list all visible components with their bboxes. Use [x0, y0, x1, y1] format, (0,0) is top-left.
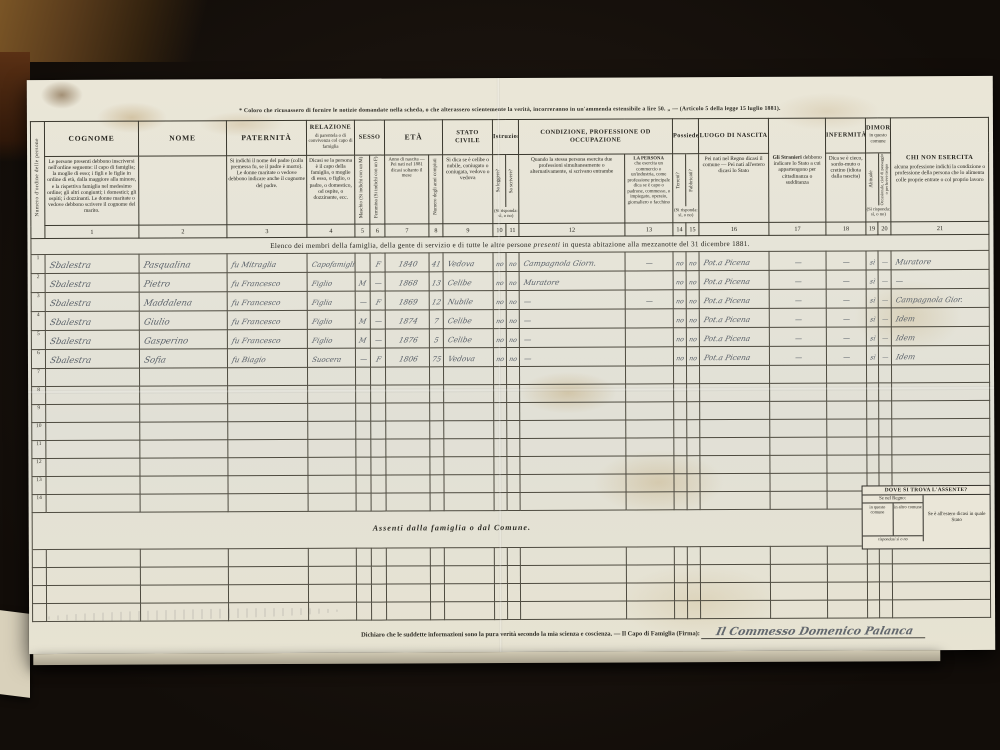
empty-cell	[827, 365, 867, 383]
empty-cell	[444, 475, 494, 493]
la-persona-text: LA PERSONAche esercita un commercio o un…	[625, 154, 672, 207]
row-index-column-header: Numero d'ordine delle persone	[30, 122, 45, 239]
hw-terreni: no	[675, 280, 684, 287]
empty-cell	[674, 420, 687, 438]
empty-cell	[827, 401, 867, 419]
cell-maschio: —	[355, 291, 370, 310]
empty-cell	[892, 581, 990, 599]
cell-row-number: 3	[31, 293, 45, 312]
cell-straniero: —	[769, 251, 826, 270]
hw-persona: —	[644, 260, 655, 268]
hw-professione: —	[519, 355, 534, 363]
empty-cell	[507, 420, 520, 438]
cell-dimora-occasionale: —	[878, 308, 891, 327]
empty-cell	[494, 367, 507, 385]
col-num-6: 6	[370, 224, 385, 237]
cell-row-number: 10	[32, 423, 46, 441]
abituale-label: Abituale	[869, 171, 875, 188]
hw-scrive: no	[508, 319, 517, 326]
cell-chi-non-esercita: —	[891, 269, 989, 288]
empty-cell	[356, 385, 371, 403]
empty-cell	[520, 547, 626, 565]
empty-cell	[494, 493, 507, 511]
empty-cell	[228, 367, 308, 385]
empty-cell	[430, 367, 444, 385]
cell-la-persona	[625, 347, 673, 366]
hw-professione: —	[519, 336, 534, 344]
hw-maschio: M	[357, 281, 368, 289]
hw-infermita: —	[841, 336, 852, 344]
hw-scrive: no	[508, 262, 517, 269]
col-num-14: 14	[673, 223, 686, 236]
empty-cell	[372, 602, 387, 620]
in-altro-comune-label: in altro comune	[892, 503, 923, 535]
empty-cell	[520, 366, 626, 384]
cell-paternita: fu Mitraglia	[227, 253, 307, 272]
cell-sa-leggere: no	[493, 348, 506, 367]
infermita-desc-cell: Dica se è cieco, sordo-muto o cretino (i…	[826, 153, 866, 222]
empty-cell	[507, 384, 520, 402]
empty-cell	[356, 548, 371, 566]
hw-terreni: no	[675, 261, 684, 268]
col-nome-header: NOME	[138, 121, 226, 156]
census-sheet: * Coloro che ricusassero di fornire le n…	[27, 76, 995, 654]
empty-cell	[674, 402, 687, 420]
empty-cell	[770, 365, 827, 383]
empty-cell	[867, 383, 879, 401]
empty-cell	[228, 403, 308, 421]
empty-cell	[494, 385, 507, 403]
hw-relazione: Figlio	[307, 281, 335, 289]
cell-relazione: Figlio	[307, 310, 355, 329]
cell-relazione: Suocera	[307, 348, 355, 367]
empty-cell	[520, 420, 626, 438]
cell-chi-non-esercita: Idem	[891, 307, 989, 326]
condizione-label: CONDIZIONE, PROFESSIONE OD OCCUPAZIONE	[519, 128, 672, 144]
declaration-line: Dichiaro che le suddette informazioni so…	[361, 625, 983, 641]
cell-professione: —	[519, 328, 625, 347]
cell-chi-non-esercita: Campagnola Gior.	[891, 288, 989, 307]
col-cognome-header: COGNOME	[44, 121, 138, 156]
empty-cell	[868, 600, 880, 618]
empty-cell	[140, 386, 228, 404]
empty-cell	[308, 367, 356, 385]
la-persona-rest: che esercita un commercio o un'industria…	[627, 162, 670, 205]
cell-maschio: M	[355, 310, 370, 329]
col-luogo-nascita-header: LUOGO DI NASCITA	[698, 118, 768, 153]
empty-cell	[46, 368, 140, 386]
hw-maschio: —	[358, 357, 369, 365]
cell-luogo-nascita: Pot.a Picena	[699, 308, 769, 327]
hw-legge: no	[495, 338, 504, 345]
cell-sa-scrivere: no	[506, 271, 519, 290]
hw-nascita: Pot.a Picena	[699, 354, 753, 363]
empty-cell	[46, 458, 140, 476]
empty-cell	[140, 494, 228, 512]
empty-cell	[770, 473, 827, 491]
cell-relazione: Capofamiglia	[307, 253, 355, 272]
chi-non-esercita-desc: alcuna professione indichi la condizione…	[891, 162, 988, 185]
cell-row-number: 7	[32, 369, 46, 387]
empty-cell	[687, 583, 700, 601]
hw-occasionale: —	[881, 336, 889, 343]
col-paternita-header: PATERNITÀ	[226, 120, 306, 155]
empty-cell	[47, 603, 141, 621]
relazione-desc: Dicasi se la persona è il capo della fam…	[307, 156, 354, 203]
cell-chi-non-esercita: Idem	[891, 326, 989, 345]
empty-cell	[430, 493, 444, 511]
empty-cell	[444, 548, 494, 566]
empty-cell	[520, 456, 626, 474]
cell-row-number: 12	[32, 459, 46, 477]
empty-cell	[228, 385, 308, 403]
empty-cell	[827, 383, 867, 401]
sa-scrivere-label: Sa scrivere?	[509, 169, 515, 193]
empty-cell	[494, 584, 507, 602]
hw-straniero: —	[792, 298, 803, 306]
hw-occasionale: —	[881, 355, 889, 362]
empty-cell	[494, 566, 507, 584]
empty-cell	[140, 476, 228, 494]
empty-cell	[867, 564, 879, 582]
hw-fabbricati: no	[688, 356, 697, 363]
dimora-sublabel: in questo comune	[866, 132, 890, 147]
hw-legge: no	[495, 262, 504, 269]
hw-chi: —	[891, 277, 906, 285]
empty-cell	[386, 457, 430, 475]
col-istruzione-header: Istruzione	[492, 119, 518, 154]
hw-nascita: Pot.a Picena	[699, 316, 753, 325]
wood-table-surface	[0, 0, 230, 62]
cognome-desc-cell: Le persone presenti debbono inscriversi …	[45, 156, 139, 225]
cell-nome: Sofia	[139, 349, 227, 368]
empty-cell	[770, 437, 827, 455]
empty-cell	[444, 367, 494, 385]
anno-nascita-cell: Anno di nascita — Pei nati nel 1881 dica…	[385, 155, 429, 224]
cell-straniero: —	[769, 308, 826, 327]
cell-terreni: no	[673, 309, 686, 328]
empty-cell	[700, 582, 770, 600]
hw-straniero: —	[793, 355, 804, 363]
empty-cell	[626, 565, 674, 583]
hw-persona	[648, 321, 650, 322]
empty-cell	[308, 439, 356, 457]
anni-compiuti-label: Numero degli anni compiuti	[433, 159, 439, 216]
empty-cell	[700, 383, 770, 401]
empty-cell	[770, 546, 827, 564]
empty-cell	[46, 494, 140, 512]
empty-cell	[507, 402, 520, 420]
sa-leggere-label: Sa leggere?	[496, 169, 502, 192]
cell-dimora-occasionale: —	[878, 270, 891, 289]
anni-compiuti-cell: Numero degli anni compiuti	[429, 155, 443, 224]
cell-anno-nascita: 1876	[385, 329, 429, 348]
empty-cell	[770, 401, 827, 419]
hw-paternita: fu Biagio	[227, 356, 268, 365]
cell-anni: 13	[429, 272, 443, 291]
empty-cell	[356, 566, 371, 584]
empty-cell	[444, 457, 494, 475]
cell-la-persona	[625, 309, 673, 328]
hw-stato: Nubile	[443, 298, 476, 307]
empty-cell	[371, 548, 386, 566]
empty-cell	[430, 475, 444, 493]
hw-anni: 75	[430, 356, 443, 364]
empty-cell	[495, 602, 508, 620]
col-eta-header: ETÀ	[384, 120, 442, 155]
empty-cell	[879, 419, 892, 437]
empty-cell	[626, 456, 674, 474]
hw-cognome: Sbalestra	[45, 357, 94, 367]
hw-abituale: sì	[869, 355, 876, 362]
cell-sa-scrivere: no	[506, 309, 519, 328]
empty-cell	[46, 422, 140, 440]
empty-cell	[356, 584, 371, 602]
cell-infermita: —	[826, 270, 866, 289]
condizione12-desc-cell: Quando la stessa persona esercita due pr…	[519, 154, 625, 223]
col-num-15: 15	[686, 223, 699, 236]
col-num-5: 5	[355, 224, 370, 237]
hw-professione: Campagnola Giorn.	[519, 260, 599, 269]
cell-row-number	[32, 586, 46, 604]
cell-sa-leggere: no	[493, 291, 506, 310]
empty-cell	[356, 493, 371, 511]
empty-cell	[867, 401, 879, 419]
empty-cell	[892, 563, 990, 581]
hw-nome: Pietro	[139, 280, 173, 290]
cell-terreni: no	[673, 271, 686, 290]
hw-infermita: —	[841, 279, 852, 287]
empty-cell	[444, 385, 494, 403]
head-of-family-signature: Il Commesso Domenico Palanca	[711, 625, 917, 638]
empty-cell	[771, 600, 828, 618]
empty-cell	[827, 419, 867, 437]
empty-cell	[892, 454, 990, 472]
istruzione-sub-cell: Sa leggere?Sa scrivere?(Si risponda: sì,…	[493, 154, 519, 223]
hw-nascita: Pot.a Picena	[699, 278, 753, 287]
cell-stato-civile: Nubile	[443, 291, 493, 310]
empty-cell	[687, 402, 700, 420]
dove-box-regno-section: Se nel Regno: in questo comune in altro …	[863, 495, 924, 541]
empty-cell	[674, 492, 687, 510]
hw-relazione: Figlio	[307, 338, 335, 346]
hw-anni: 13	[430, 280, 443, 288]
empty-cell	[674, 384, 687, 402]
empty-cell	[879, 365, 892, 383]
empty-cell	[141, 603, 229, 621]
cell-professione: Campagnola Giorn.	[519, 252, 625, 271]
hw-nome: Gasperino	[139, 337, 191, 347]
fabbricati-label: Fabbricati?	[689, 169, 695, 192]
istruzione-caption: (Si risponda: sì, o no)	[493, 207, 518, 218]
cell-femmina: F	[370, 348, 385, 367]
hw-paternita: fu Francesco	[227, 280, 283, 289]
empty-cell	[700, 401, 770, 419]
empty-cell	[430, 584, 444, 602]
empty-cell	[626, 547, 674, 565]
femmina-label: Femmina (Si indichi con un F)	[374, 156, 380, 218]
cell-infermita: —	[826, 251, 866, 270]
empty-cell	[308, 548, 356, 566]
empty-cell	[879, 455, 892, 473]
rispondasi-caption: rispondasi sì o no	[863, 535, 923, 541]
cell-row-number: 5	[31, 331, 45, 350]
empty-cell	[626, 492, 674, 510]
empty-cell	[140, 404, 228, 422]
cell-anni: 7	[429, 310, 443, 329]
empty-cell	[228, 548, 308, 566]
empty-cell	[687, 565, 700, 583]
empty-cell	[430, 385, 444, 403]
hw-fabbricati: no	[688, 261, 697, 268]
hw-chi: Idem	[891, 315, 918, 324]
hw-abituale: sì	[869, 298, 876, 305]
hw-fabbricati: no	[688, 299, 697, 306]
empty-cell	[700, 473, 770, 491]
hw-paternita: fu Francesco	[227, 318, 283, 327]
cell-professione: —	[519, 347, 625, 366]
cell-anni: 5	[429, 329, 443, 348]
hw-chi: Muratore	[891, 258, 934, 267]
dimora-label: DIMORA	[866, 124, 890, 132]
cell-row-number: 1	[31, 255, 45, 274]
empty-cell	[867, 582, 879, 600]
empty-cell	[228, 475, 308, 493]
hw-cognome: Sbalestra	[45, 281, 94, 291]
hw-infermita: —	[841, 298, 852, 306]
empty-cell	[140, 422, 228, 440]
empty-cell	[140, 549, 228, 567]
empty-cell	[309, 602, 357, 620]
cognome-label: COGNOME	[45, 134, 138, 144]
hw-maschio: —	[357, 300, 368, 308]
empty-cell	[687, 438, 700, 456]
cell-anni: 41	[429, 253, 443, 272]
col-relazione-header: RELAZIONEdi parentela o di convivenza co…	[306, 120, 354, 155]
dimora-sub-cell: AbitualeOccasionale, cioè di passaggio o…	[866, 153, 891, 222]
hw-chi: Campagnola Gior.	[891, 296, 966, 305]
cell-luogo-nascita: Pot.a Picena	[699, 327, 769, 346]
empty-cell	[430, 403, 444, 421]
sesso-maschio-cell: Maschio (Si indichi con un M)	[355, 155, 370, 224]
cell-anno-nascita: 1868	[385, 272, 429, 291]
infermita-desc: Dica se è cieco, sordo-muto o cretino (i…	[826, 153, 865, 182]
cell-fabbricati: no	[686, 347, 699, 366]
col-num-9: 9	[443, 224, 493, 237]
hw-fabbricati: no	[688, 337, 697, 344]
cell-sa-leggere: no	[493, 253, 506, 272]
cell-luogo-nascita: Pot.a Picena	[699, 346, 769, 365]
cell-paternita: fu Francesco	[227, 291, 307, 310]
hw-nascita: Pot.a Picena	[699, 259, 753, 268]
cell-fabbricati: no	[686, 271, 699, 290]
empty-cell	[674, 565, 687, 583]
empty-cell	[444, 439, 494, 457]
cell-dimora-occasionale: —	[878, 346, 891, 365]
empty-cell	[880, 600, 893, 618]
condizione12-desc: Quando la stessa persona esercita due pr…	[519, 155, 624, 178]
empty-cell	[494, 421, 507, 439]
empty-cell	[867, 455, 879, 473]
col-num-3: 3	[227, 224, 307, 237]
empty-cell	[507, 565, 520, 583]
cell-straniero: —	[769, 289, 826, 308]
empty-cell	[371, 566, 386, 584]
empty-cell	[626, 474, 674, 492]
possiede-sub-cell: Terreni?Fabbricati?(Si risponda: sì, o n…	[673, 154, 699, 223]
empty-cell	[828, 600, 868, 618]
empty-cell	[770, 582, 827, 600]
empty-cell	[308, 421, 356, 439]
cell-stato-civile: Celibe	[443, 329, 493, 348]
relazione-label: RELAZIONE	[307, 124, 354, 132]
hw-anni: 7	[432, 318, 440, 326]
hw-paternita: fu Francesco	[227, 337, 283, 346]
hw-cognome: Sbalestra	[45, 319, 94, 329]
empty-cell	[508, 601, 521, 619]
empty-cell	[674, 366, 687, 384]
cell-stato-civile: Celibe	[443, 272, 493, 291]
empty-cell	[521, 583, 627, 601]
cell-terreni: no	[673, 290, 686, 309]
se-estero-label: Se è all'estero dicasi in quale Stato	[924, 495, 990, 541]
cell-straniero: —	[769, 270, 826, 289]
hw-maschio	[361, 266, 363, 267]
hw-persona	[648, 283, 650, 284]
empty-cell	[444, 566, 494, 584]
hw-anno: 1869	[394, 298, 421, 307]
empty-cell	[228, 584, 308, 602]
cell-la-persona	[625, 328, 673, 347]
cell-la-persona: —	[625, 290, 673, 309]
empty-cell	[507, 366, 520, 384]
hw-fabbricati: no	[688, 280, 697, 287]
col-num-16: 16	[699, 222, 769, 235]
col-num-8: 8	[429, 224, 443, 237]
cell-anno-nascita: 1874	[385, 310, 429, 329]
hw-abituale: sì	[869, 336, 876, 343]
cell-anno-nascita: 1840	[385, 253, 429, 272]
cell-relazione: Figlio	[307, 272, 355, 291]
stato-civile-desc: Si dica se è celibe o nubile, coniugato …	[443, 155, 492, 184]
empty-cell	[507, 547, 520, 565]
cell-femmina: —	[370, 329, 385, 348]
empty-cell	[386, 385, 430, 403]
empty-cell	[371, 421, 386, 439]
empty-cell	[46, 585, 140, 603]
maschio-label: Maschio (Si indichi con un M)	[359, 156, 365, 218]
cell-terreni: no	[673, 252, 686, 271]
cell-cognome: Sbalestra	[45, 292, 139, 311]
empty-cell	[494, 457, 507, 475]
row-index-label: Numero d'ordine delle persone	[35, 138, 41, 216]
cell-sa-leggere: no	[493, 310, 506, 329]
empty-cell	[387, 602, 431, 620]
cell-nome: Giulio	[139, 311, 227, 330]
hw-straniero: —	[793, 336, 804, 344]
empty-cell	[356, 403, 371, 421]
empty-cell	[308, 403, 356, 421]
empty-cell	[308, 385, 356, 403]
empty-cell	[893, 599, 991, 617]
empty-cell	[46, 386, 140, 404]
cell-paternita: fu Francesco	[227, 310, 307, 329]
cell-cognome: Sbalestra	[45, 330, 139, 349]
possiede-label: Possiede	[673, 132, 698, 140]
empty-cell	[770, 419, 827, 437]
hw-abituale: sì	[869, 279, 876, 286]
cell-maschio: —	[355, 348, 370, 367]
